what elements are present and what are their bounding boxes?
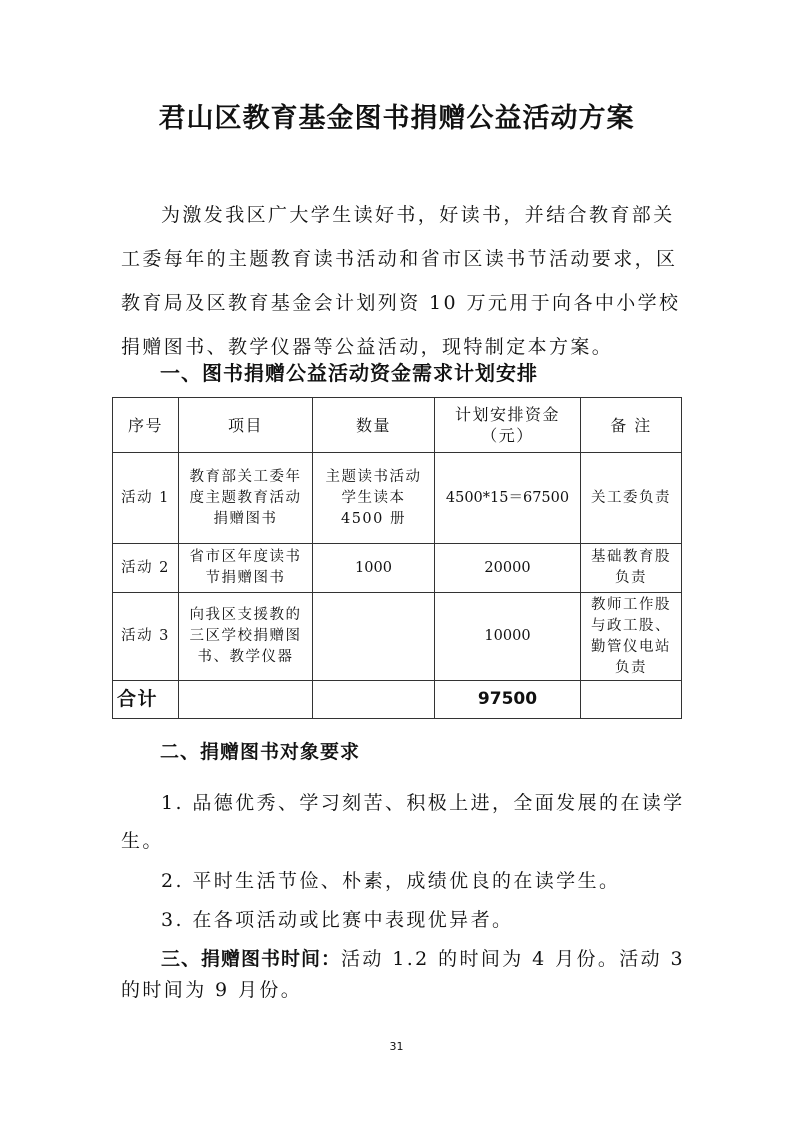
header-id: 序号 [113,398,179,453]
cell-fund: 4500*15＝67500 [435,453,581,544]
requirement-item-1: 1. 品德优秀、学习刻苦、积极上进，全面发展的在读学 [161,788,685,815]
document-title: 君山区教育基金图书捐赠公益活动方案 [0,96,793,135]
cell-quantity: 主题读书活动学生读本 4500 册 [313,453,435,544]
total-quantity-empty [313,681,435,719]
total-item-empty [179,681,313,719]
table-header-row: 序号 项目 数量 计划安排资金 （元） 备 注 [113,398,682,453]
intro-line-3: 教育局及区教育基金会计划列资 10 万元用于向各中小学校 [121,281,681,325]
intro-paragraph: 为激发我区广大学生读好书，好读书，并结合教育部关 工委每年的主题教育读书活动和省… [121,193,681,369]
cell-quantity [313,593,435,681]
page-number: 31 [0,1040,793,1053]
section3-line-2: 的时间为 9 月份。 [121,975,302,1002]
cell-item: 省市区年度读书节捐赠图书 [179,544,313,593]
header-fund: 计划安排资金 （元） [435,398,581,453]
cell-item: 教育部关工委年度主题教育活动捐赠图书 [179,453,313,544]
table-total-row: 合计 97500 [113,681,682,719]
requirement-item-1-cont: 生。 [121,826,164,853]
table-row: 活动 3 向我区支援教的三区学校捐赠图书、教学仪器 10000 教师工作股与政工… [113,593,682,681]
section3-line-1: 三、捐赠图书时间：活动 1.2 的时间为 4 月份。活动 3 [161,944,685,971]
header-note: 备 注 [581,398,682,453]
cell-id: 活动 1 [113,453,179,544]
total-label: 合计 [113,681,179,719]
section3-text: 活动 1.2 的时间为 4 月份。活动 3 [341,948,685,970]
cell-note: 教师工作股与政工股、勤管仪电站负责 [581,593,682,681]
header-quantity: 数量 [313,398,435,453]
cell-id: 活动 2 [113,544,179,593]
table-row: 活动 1 教育部关工委年度主题教育活动捐赠图书 主题读书活动学生读本 4500 … [113,453,682,544]
total-note-empty [581,681,682,719]
requirement-item-3: 3. 在各项活动或比赛中表现优异者。 [161,905,513,932]
cell-note: 关工委负责 [581,453,682,544]
total-fund: 97500 [435,681,581,719]
section3-heading: 三、捐赠图书时间： [161,948,341,970]
section1-heading: 一、图书捐赠公益活动资金需求计划安排 [160,357,538,386]
intro-line-2: 工委每年的主题教育读书活动和省市区读书节活动要求，区 [121,237,681,281]
cell-fund: 10000 [435,593,581,681]
cell-note: 基础教育股负责 [581,544,682,593]
fund-plan-table: 序号 项目 数量 计划安排资金 （元） 备 注 活动 1 教育部关工委年度主题教… [112,397,682,719]
cell-id: 活动 3 [113,593,179,681]
cell-item: 向我区支援教的三区学校捐赠图书、教学仪器 [179,593,313,681]
requirement-item-2: 2. 平时生活节俭、朴素，成绩优良的在读学生。 [161,866,620,893]
cell-fund: 20000 [435,544,581,593]
cell-quantity: 1000 [313,544,435,593]
table-row: 活动 2 省市区年度读书节捐赠图书 1000 20000 基础教育股负责 [113,544,682,593]
section2-heading: 二、捐赠图书对象要求 [160,737,360,764]
header-item: 项目 [179,398,313,453]
intro-line-1: 为激发我区广大学生读好书，好读书，并结合教育部关 [121,193,681,237]
